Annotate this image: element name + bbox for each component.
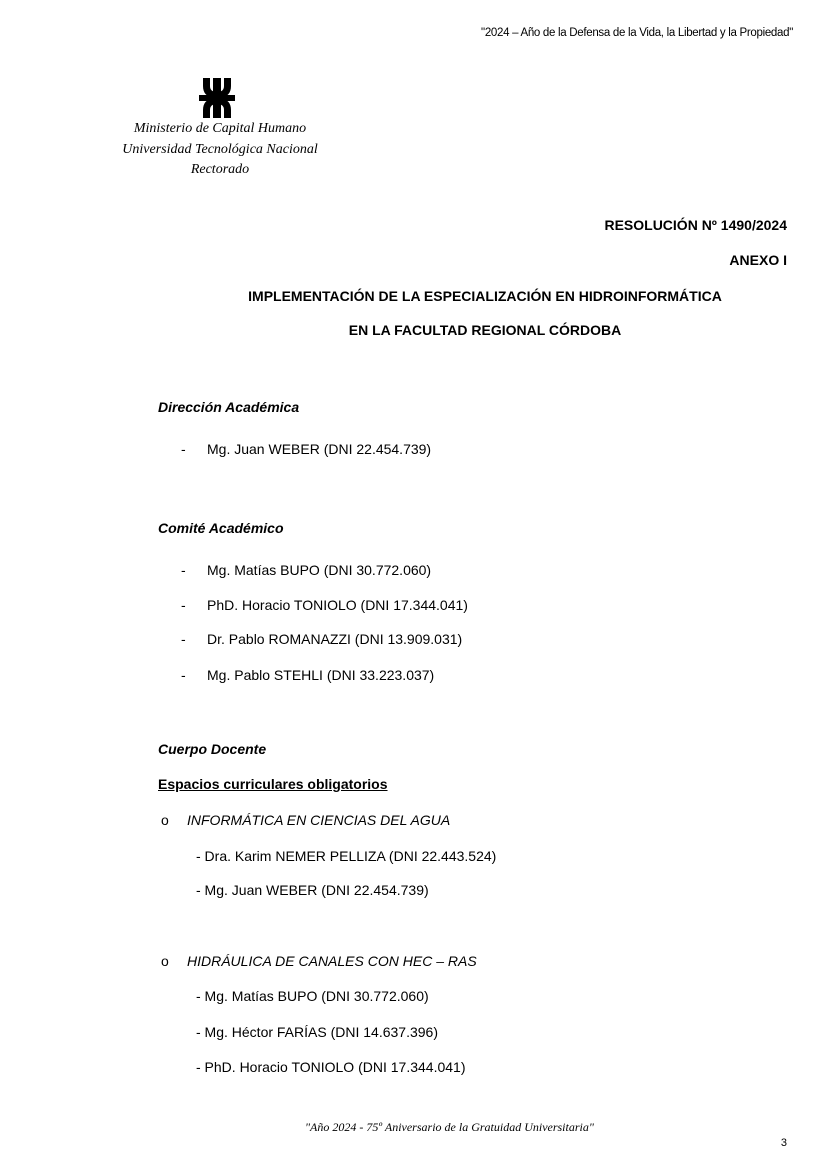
- utn-logo-icon: [199, 76, 235, 120]
- member-name: PhD. Horacio TONIOLO (DNI 17.344.041): [207, 597, 468, 613]
- teacher-item: - Dra. Karim NEMER PELLIZA (DNI 22.443.5…: [196, 848, 496, 864]
- section-title-cuerpo-docente: Cuerpo Docente: [158, 741, 266, 757]
- header-motto: "2024 – Año de la Defensa de la Vida, la…: [481, 27, 793, 39]
- course-item: oHIDRÁULICA DE CANALES CON HEC – RAS: [161, 953, 477, 969]
- section-title-direccion-academica: Dirección Académica: [158, 399, 299, 415]
- course-item: oINFORMÁTICA EN CIENCIAS DEL AGUA: [161, 812, 450, 828]
- member-name: Mg. Matías BUPO (DNI 30.772.060): [207, 562, 431, 578]
- teacher-item: - Mg. Matías BUPO (DNI 30.772.060): [196, 988, 429, 1004]
- teacher-item: - Mg. Héctor FARÍAS (DNI 14.637.396): [196, 1024, 438, 1040]
- institution-office: Rectorado: [90, 162, 350, 178]
- institution-ministry: Ministerio de Capital Humano: [90, 121, 350, 137]
- resolution-number: RESOLUCIÓN Nº 1490/2024: [604, 217, 787, 233]
- list-item: -PhD. Horacio TONIOLO (DNI 17.344.041): [181, 597, 468, 613]
- course-name: INFORMÁTICA EN CIENCIAS DEL AGUA: [187, 812, 450, 828]
- dash-bullet: -: [181, 597, 207, 613]
- dash-bullet: -: [181, 441, 207, 457]
- circle-bullet-icon: o: [161, 812, 187, 828]
- member-name: Dr. Pablo ROMANAZZI (DNI 13.909.031): [207, 631, 462, 647]
- annex-label: ANEXO I: [729, 252, 787, 268]
- circle-bullet-icon: o: [161, 953, 187, 969]
- list-item: -Mg. Juan WEBER (DNI 22.454.739): [181, 441, 431, 457]
- document-title-line-1: IMPLEMENTACIÓN DE LA ESPECIALIZACIÓN EN …: [0, 288, 827, 304]
- document-title-line-2: EN LA FACULTAD REGIONAL CÓRDOBA: [0, 322, 827, 338]
- subsection-title-espacios-obligatorios: Espacios curriculares obligatorios: [158, 776, 388, 792]
- dash-bullet: -: [181, 631, 207, 647]
- dash-bullet: -: [181, 667, 207, 683]
- list-item: -Dr. Pablo ROMANAZZI (DNI 13.909.031): [181, 631, 462, 647]
- institution-university: Universidad Tecnológica Nacional: [90, 142, 350, 158]
- footer-motto: "Año 2024 - 75º Aniversario de la Gratui…: [305, 1120, 594, 1135]
- page-number: 3: [781, 1137, 787, 1149]
- dash-bullet: -: [181, 562, 207, 578]
- course-name: HIDRÁULICA DE CANALES CON HEC – RAS: [187, 953, 477, 969]
- teacher-item: - Mg. Juan WEBER (DNI 22.454.739): [196, 882, 429, 898]
- section-title-comite-academico: Comité Académico: [158, 520, 284, 536]
- teacher-item: - PhD. Horacio TONIOLO (DNI 17.344.041): [196, 1059, 465, 1075]
- list-item: -Mg. Matías BUPO (DNI 30.772.060): [181, 562, 431, 578]
- member-name: Mg. Pablo STEHLI (DNI 33.223.037): [207, 667, 434, 683]
- list-item: -Mg. Pablo STEHLI (DNI 33.223.037): [181, 667, 434, 683]
- member-name: Mg. Juan WEBER (DNI 22.454.739): [207, 441, 431, 457]
